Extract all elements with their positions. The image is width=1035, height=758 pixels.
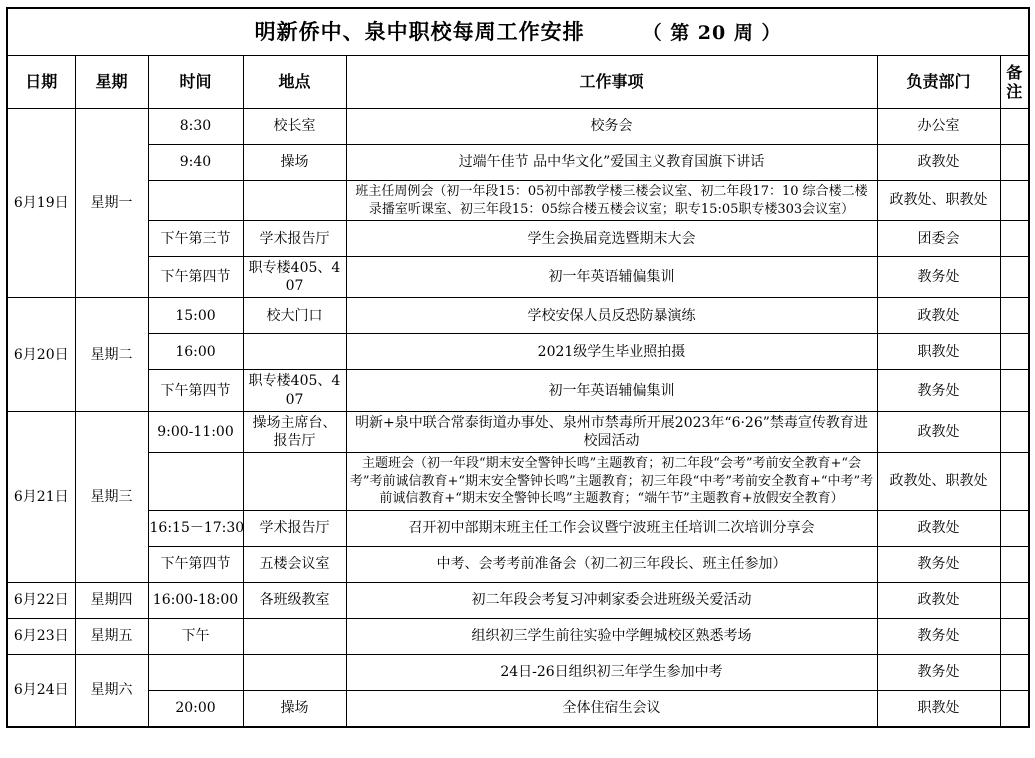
date-cell: 6月24日 (7, 654, 75, 727)
date-cell: 6月19日 (7, 109, 75, 298)
dept-cell: 办公室 (877, 109, 1000, 145)
table-row: 6月22日星期四16:00-18:00各班级教室初二年段会考复习冲刺家委会进班级… (7, 582, 1029, 618)
task-cell: 初一年英语辅偏集训 (346, 370, 877, 411)
page-title-week: （ 第 20 周 ） (643, 21, 782, 46)
weekday-cell: 星期五 (75, 618, 148, 654)
schedule-table: 明新侨中、泉中职校每周工作安排（ 第 20 周 ） 日期星期时间地点工作事项负责… (6, 7, 1030, 728)
note-cell (1000, 582, 1029, 618)
note-cell (1000, 257, 1029, 298)
time-cell: 16:00-18:00 (148, 582, 243, 618)
task-cell: 明新+泉中联合常泰街道办事处、泉州市禁毒所开展2023年“6·26”禁毒宣传教育… (346, 411, 877, 452)
note-cell (1000, 453, 1029, 511)
time-cell: 16:00 (148, 334, 243, 370)
place-cell: 职专楼405、407 (243, 370, 346, 411)
task-cell: 学校安保人员反恐防暴演练 (346, 298, 877, 334)
task-cell: 校务会 (346, 109, 877, 145)
place-cell (243, 618, 346, 654)
dept-cell: 政教处 (877, 411, 1000, 452)
task-cell: 过端午佳节 品中华文化”爱国主义教育国旗下讲话 (346, 145, 877, 181)
time-cell (148, 453, 243, 511)
column-header-1: 星期 (75, 56, 148, 109)
page-title: 明新侨中、泉中职校每周工作安排 (255, 19, 585, 44)
table-row: 6月21日星期三9:00-11:00操场主席台、报告厅明新+泉中联合常泰街道办事… (7, 411, 1029, 452)
place-cell: 学术报告厅 (243, 510, 346, 546)
table-row: 6月19日星期一8:30校长室校务会办公室 (7, 109, 1029, 145)
time-cell: 20:00 (148, 690, 243, 727)
column-header-3: 地点 (243, 56, 346, 109)
dept-cell: 职教处 (877, 334, 1000, 370)
place-cell (243, 334, 346, 370)
task-cell: 2021级学生毕业照拍摄 (346, 334, 877, 370)
column-header-4: 工作事项 (346, 56, 877, 109)
place-cell: 各班级教室 (243, 582, 346, 618)
table-row: 下午第四节职专楼405、407初一年英语辅偏集训教务处 (7, 370, 1029, 411)
place-cell: 操场 (243, 690, 346, 727)
place-cell (243, 654, 346, 690)
note-cell (1000, 654, 1029, 690)
table-row: 20:00操场全体住宿生会议职教处 (7, 690, 1029, 727)
time-cell: 15:00 (148, 298, 243, 334)
table-row: 9:40操场过端午佳节 品中华文化”爱国主义教育国旗下讲话政教处 (7, 145, 1029, 181)
dept-cell: 政教处 (877, 582, 1000, 618)
place-cell: 校长室 (243, 109, 346, 145)
dept-cell: 团委会 (877, 221, 1000, 257)
time-cell (148, 181, 243, 221)
column-header-6: 备注 (1000, 56, 1029, 109)
table-row: 下午第四节五楼会议室中考、会考考前准备会（初二初三年段长、班主任参加）教务处 (7, 546, 1029, 582)
note-cell (1000, 298, 1029, 334)
place-cell: 操场 (243, 145, 346, 181)
dept-cell: 教务处 (877, 654, 1000, 690)
note-cell (1000, 334, 1029, 370)
task-cell: 中考、会考考前准备会（初二初三年段长、班主任参加） (346, 546, 877, 582)
dept-cell: 教务处 (877, 257, 1000, 298)
place-cell: 操场主席台、报告厅 (243, 411, 346, 452)
time-cell: 下午第四节 (148, 546, 243, 582)
task-cell: 班主任周例会（初一年段15：05初中部教学楼三楼会议室、初二年段17：10 综合… (346, 181, 877, 221)
table-row: 6月23日星期五下午组织初三学生前往实验中学鲤城校区熟悉考场教务处 (7, 618, 1029, 654)
note-cell (1000, 370, 1029, 411)
place-cell: 校大门口 (243, 298, 346, 334)
date-cell: 6月22日 (7, 582, 75, 618)
note-cell (1000, 109, 1029, 145)
date-cell: 6月21日 (7, 411, 75, 582)
time-cell: 下午第四节 (148, 370, 243, 411)
dept-cell: 政教处 (877, 510, 1000, 546)
task-cell: 24日-26日组织初三年学生参加中考 (346, 654, 877, 690)
place-cell (243, 181, 346, 221)
dept-cell: 教务处 (877, 618, 1000, 654)
task-cell: 召开初中部期末班主任工作会议暨宁波班主任培训二次培训分享会 (346, 510, 877, 546)
dept-cell: 政教处、职教处 (877, 453, 1000, 511)
dept-cell: 教务处 (877, 546, 1000, 582)
weekday-cell: 星期一 (75, 109, 148, 298)
time-cell: 下午第四节 (148, 257, 243, 298)
note-cell (1000, 510, 1029, 546)
note-cell (1000, 221, 1029, 257)
task-cell: 学生会换届竞选暨期末大会 (346, 221, 877, 257)
task-cell: 组织初三学生前往实验中学鲤城校区熟悉考场 (346, 618, 877, 654)
table-row: 16:15－17:30学术报告厅召开初中部期末班主任工作会议暨宁波班主任培训二次… (7, 510, 1029, 546)
dept-cell: 职教处 (877, 690, 1000, 727)
dept-cell: 政教处、职教处 (877, 181, 1000, 221)
time-cell (148, 654, 243, 690)
time-cell: 9:00-11:00 (148, 411, 243, 452)
date-cell: 6月20日 (7, 298, 75, 411)
note-cell (1000, 145, 1029, 181)
header-row: 日期星期时间地点工作事项负责部门备注 (7, 56, 1029, 109)
page-title-cell: 明新侨中、泉中职校每周工作安排（ 第 20 周 ） (7, 8, 1029, 56)
time-cell: 下午第三节 (148, 221, 243, 257)
date-cell: 6月23日 (7, 618, 75, 654)
place-cell: 五楼会议室 (243, 546, 346, 582)
table-row: 下午第三节学术报告厅学生会换届竞选暨期末大会团委会 (7, 221, 1029, 257)
note-cell (1000, 546, 1029, 582)
place-cell: 职专楼405、407 (243, 257, 346, 298)
place-cell (243, 453, 346, 511)
table-row: 6月20日星期二15:00校大门口学校安保人员反恐防暴演练政教处 (7, 298, 1029, 334)
table-row: 6月24日星期六24日-26日组织初三年学生参加中考教务处 (7, 654, 1029, 690)
task-cell: 初二年段会考复习冲刺家委会进班级关爱活动 (346, 582, 877, 618)
table-row: 16:002021级学生毕业照拍摄职教处 (7, 334, 1029, 370)
task-cell: 初一年英语辅偏集训 (346, 257, 877, 298)
schedule-body: 6月19日星期一8:30校长室校务会办公室9:40操场过端午佳节 品中华文化”爱… (7, 109, 1029, 727)
column-header-5: 负责部门 (877, 56, 1000, 109)
weekday-cell: 星期三 (75, 411, 148, 582)
place-cell: 学术报告厅 (243, 221, 346, 257)
time-cell: 16:15－17:30 (148, 510, 243, 546)
column-header-0: 日期 (7, 56, 75, 109)
page: 明新侨中、泉中职校每周工作安排（ 第 20 周 ） 日期星期时间地点工作事项负责… (0, 0, 1035, 735)
time-cell: 9:40 (148, 145, 243, 181)
time-cell: 下午 (148, 618, 243, 654)
task-cell: 全体住宿生会议 (346, 690, 877, 727)
column-header-2: 时间 (148, 56, 243, 109)
note-cell (1000, 618, 1029, 654)
dept-cell: 政教处 (877, 298, 1000, 334)
note-cell (1000, 411, 1029, 452)
table-row: 班主任周例会（初一年段15：05初中部教学楼三楼会议室、初二年段17：10 综合… (7, 181, 1029, 221)
table-row: 下午第四节职专楼405、407初一年英语辅偏集训教务处 (7, 257, 1029, 298)
weekday-cell: 星期二 (75, 298, 148, 411)
table-row: 主题班会（初一年段“期末安全警钟长鸣”主题教育；初二年段“会考”考前安全教育+“… (7, 453, 1029, 511)
dept-cell: 教务处 (877, 370, 1000, 411)
title-row: 明新侨中、泉中职校每周工作安排（ 第 20 周 ） (7, 8, 1029, 56)
weekday-cell: 星期六 (75, 654, 148, 727)
time-cell: 8:30 (148, 109, 243, 145)
task-cell: 主题班会（初一年段“期末安全警钟长鸣”主题教育；初二年段“会考”考前安全教育+“… (346, 453, 877, 511)
dept-cell: 政教处 (877, 145, 1000, 181)
weekday-cell: 星期四 (75, 582, 148, 618)
note-cell (1000, 181, 1029, 221)
note-cell (1000, 690, 1029, 727)
